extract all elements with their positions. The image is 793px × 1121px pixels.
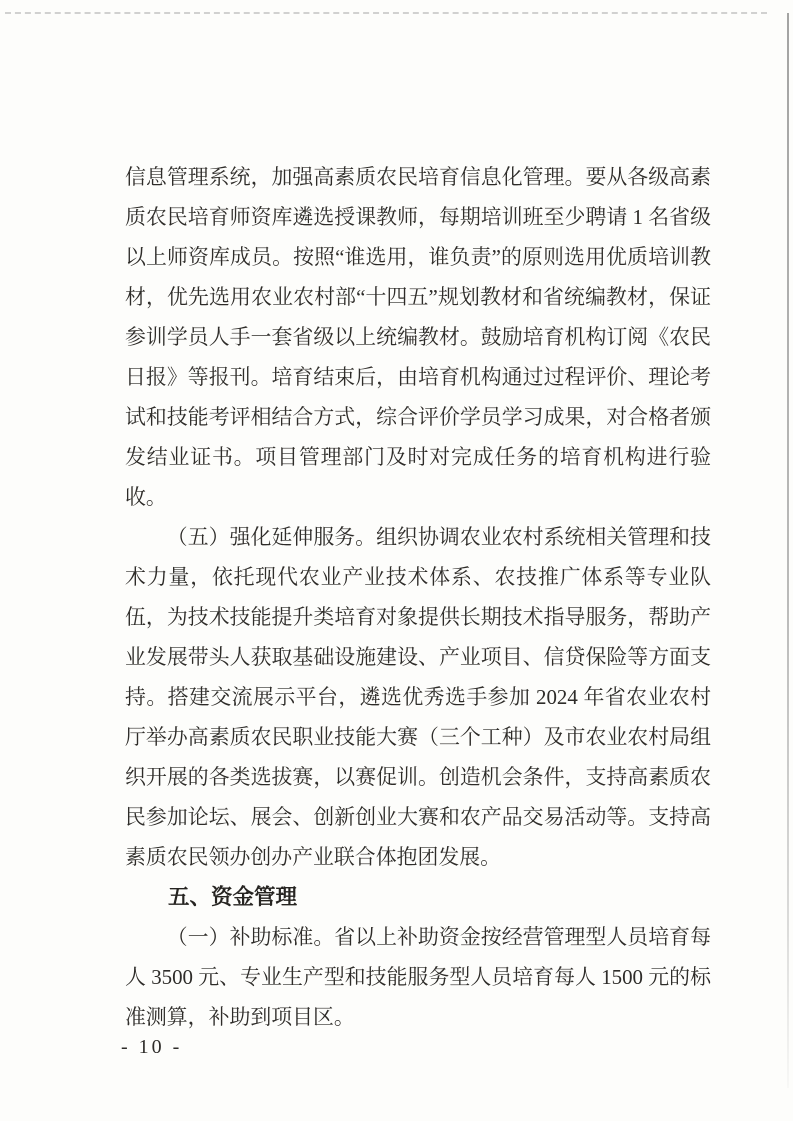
page-number: - 10 - [121,1036,182,1058]
paragraph-item-1-subsidy-standard: （一）补助标准。省以上补助资金按经营管理型人员培育每人 3500 元、专业生产型… [125,917,711,1037]
scan-artifact-right-edge-line [787,13,789,1088]
heading-section-5-funds-management: 五、资金管理 [125,877,711,917]
page-footer: - 10 - [121,1034,182,1060]
document-body: 信息管理系统，加强高素质农民培育信息化管理。要从各级高素质农民培育师资库遴选授课… [125,157,711,1037]
scan-artifact-top-line [5,12,767,14]
scanned-document-page: 信息管理系统，加强高素质农民培育信息化管理。要从各级高素质农民培育师资库遴选授课… [0,0,793,1121]
paragraph-continuation-training-management: 信息管理系统，加强高素质农民培育信息化管理。要从各级高素质农民培育师资库遴选授课… [125,157,711,517]
paragraph-item-5-extended-services: （五）强化延伸服务。组织协调农业农村系统相关管理和技术力量，依托现代农业产业技术… [125,517,711,877]
